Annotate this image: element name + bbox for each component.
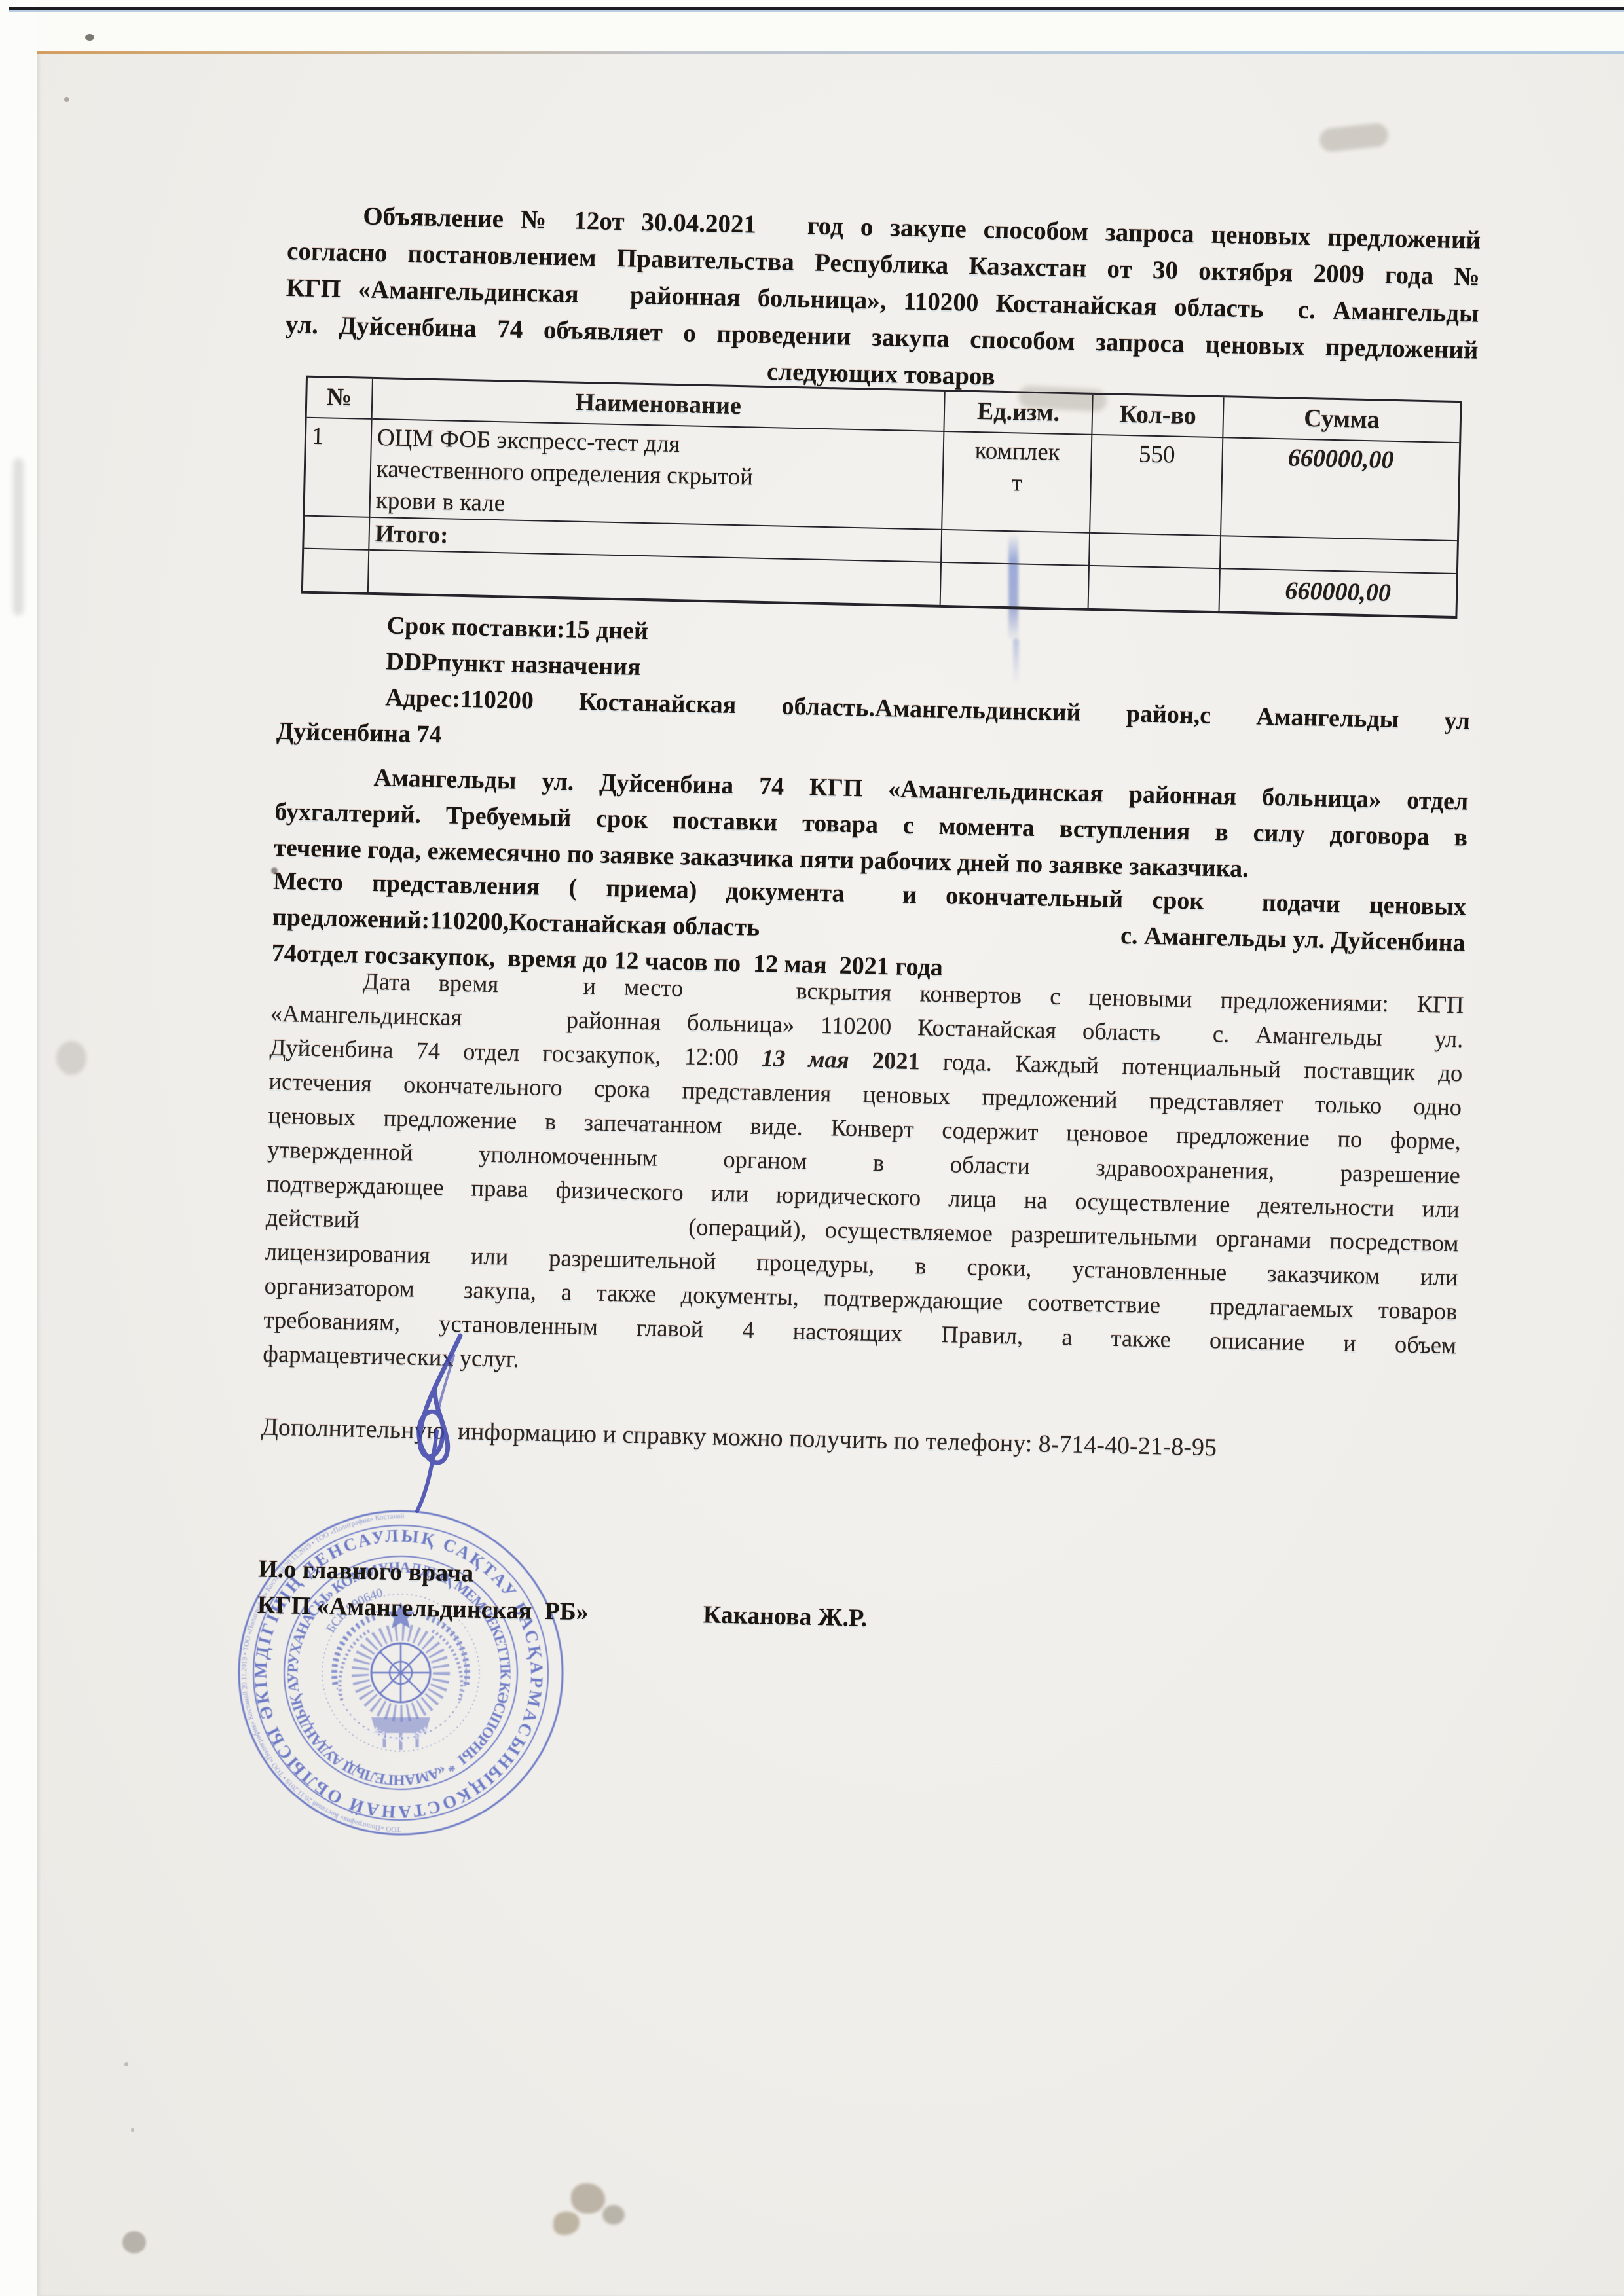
goods-table: № Наименование Ед.изм. Кол-во Сумма 1 ОЦ…	[301, 376, 1462, 619]
scanned-document-page: { "page": { "kind": "scanned procurement…	[0, 0, 1624, 2296]
table-cell-num: 1	[304, 418, 372, 518]
table-cell-qty: 550	[1090, 435, 1223, 536]
col-header-unit: Ед.изм.	[944, 392, 1093, 435]
total-sum-value: 660000,00	[1285, 577, 1391, 607]
total-row-num-cell	[304, 517, 370, 551]
date-italic: 13 мая	[762, 1044, 850, 1073]
total-value-empty	[941, 563, 1090, 608]
col-header-qty: Кол-во	[1092, 395, 1224, 438]
table-cell-sum: 660000,00	[1221, 438, 1459, 541]
total-sum-cell: 660000,00	[1220, 569, 1456, 616]
total-value-empty	[303, 549, 369, 592]
announcement-title: Объявление № 12от 30.04.2021 год о закуп…	[284, 196, 1481, 406]
year-bold: 2021	[849, 1046, 920, 1074]
paper-top-edge	[37, 51, 1624, 54]
table-cell-unit: комплект	[942, 432, 1092, 534]
table-cell-name: ОЦМ ФОБ экспресс-тест длякачественного о…	[370, 420, 944, 530]
text-line: т	[948, 466, 1085, 501]
total-value-empty	[1089, 566, 1221, 611]
item-sum-value: 660000,00	[1287, 444, 1393, 474]
scan-edge-blue-line	[9, 10, 1624, 12]
col-header-sum: Сумма	[1223, 397, 1460, 443]
split-right: с. Амангельды ул. Дуйсенбина	[1120, 918, 1466, 961]
total-empty-cell	[942, 530, 1090, 566]
org-name: КГП «Амангельдинская РБ»	[257, 1591, 589, 1626]
text-line: комплек	[949, 435, 1086, 469]
total-empty-cell	[1090, 534, 1221, 569]
total-empty-cell	[1221, 536, 1457, 574]
scanner-background-left	[0, 0, 37, 2296]
signatory-name: Каканова Ж.Р.	[703, 1601, 867, 1631]
col-header-num: №	[307, 378, 373, 420]
delivery-terms: Срок поставки:15 дней DDPпункт назначени…	[276, 606, 1472, 776]
handwritten-signature	[377, 1329, 501, 1519]
